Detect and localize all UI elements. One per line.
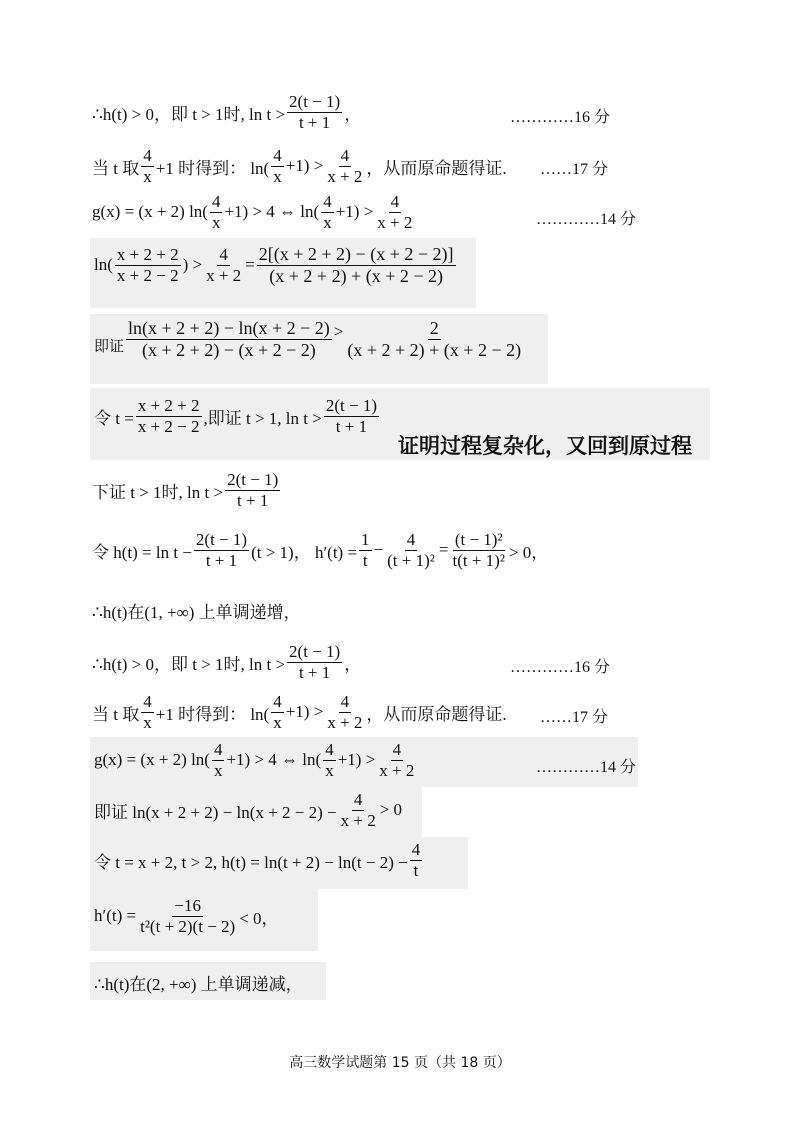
fraction: −16t²(t + 2)(t − 2): [138, 896, 237, 936]
proof-line-5: 即证 ln(x + 2 + 2) − ln(x + 2 − 2)(x + 2 +…: [94, 318, 525, 360]
fraction: 4(t + 1)²: [385, 530, 437, 570]
fraction: 2(x + 2 + 2) + (x + 2 − 2): [345, 318, 523, 360]
proof-line-3: g(x) = (x + 2) ln( 4x +1) > 4 ⇔ ln( 4x +…: [92, 192, 416, 232]
fraction: 4x: [212, 740, 225, 780]
fraction: 2(t − 1)t + 1: [324, 396, 379, 436]
proof-line-7: 下证 t > 1时, ln t > 2(t − 1)t + 1: [92, 470, 282, 510]
fraction: 4x: [141, 146, 154, 186]
proof-line-9: ∴h(t)在(1, +∞) 上单调递增，: [92, 598, 301, 623]
proof-line-4: ln( x + 2 + 2x + 2 − 2 ) > 4x + 2 = 2[(x…: [94, 244, 458, 286]
fraction: 4x: [323, 740, 336, 780]
fraction: 4t: [410, 840, 423, 880]
fraction: x + 2 + 2x + 2 − 2: [136, 396, 202, 436]
fraction: 4x + 2: [375, 192, 414, 232]
annotation-note: 证明过程复杂化，又回到原过程: [398, 430, 692, 460]
proof-line-15: h′(t) = −16t²(t + 2)(t − 2) < 0，: [94, 896, 279, 936]
score-marker: …………14 分: [536, 206, 636, 229]
score-marker: …………16 分: [510, 654, 610, 677]
score-marker: ……17 分: [540, 156, 608, 179]
page-footer: 高三数学试题第 15 页（共 18 页）: [0, 1052, 800, 1072]
proof-line-1: ∴h(t) > 0，即 t > 1时, ln t > 2(t − 1)t + 1…: [92, 92, 361, 132]
score-marker: ……17 分: [540, 704, 608, 727]
fraction: 4x: [141, 692, 154, 732]
fraction: 2(t − 1)t + 1: [194, 530, 249, 570]
fraction: 4x + 2: [204, 245, 243, 285]
fraction: 4x + 2: [339, 790, 378, 830]
score-marker: …………14 分: [536, 754, 636, 777]
fraction: 4x: [271, 146, 284, 186]
fraction: 4x: [271, 692, 284, 732]
fraction: 4x + 2: [377, 740, 416, 780]
fraction: 2(t − 1)t + 1: [287, 642, 342, 682]
score-marker: …………16 分: [510, 104, 610, 127]
fraction: 2[(x + 2 + 2) − (x + 2 − 2)](x + 2 + 2) …: [257, 244, 456, 286]
proof-line-10: ∴h(t) > 0，即 t > 1时, ln t > 2(t − 1)t + 1…: [92, 642, 361, 682]
proof-line-13: 即证 ln(x + 2 + 2) − ln(x + 2 − 2) − 4x + …: [94, 790, 402, 830]
proof-line-16: ∴h(t)在(2, +∞) 上单调递减，: [94, 970, 303, 995]
proof-line-8: 令 h(t) = ln t − 2(t − 1)t + 1 (t > 1)， h…: [92, 530, 548, 570]
fraction: 2(t − 1)t + 1: [287, 92, 342, 132]
fraction: 4x + 2: [325, 692, 364, 732]
proof-line-6: 令 t = x + 2 + 2x + 2 − 2 ,即证 t > 1, ln t…: [94, 396, 381, 436]
fraction: (t − 1)²t(t + 1)²: [450, 530, 506, 570]
proof-line-12: g(x) = (x + 2) ln( 4x +1) > 4 ⇔ ln( 4x +…: [94, 740, 418, 780]
fraction: 1t: [359, 530, 372, 570]
proof-line-11: 当 t 取 4x +1 时得到： ln( 4x +1) > 4x + 2 ，从而…: [92, 692, 507, 732]
proof-line-14: 令 t = x + 2, t > 2, h(t) = ln(t + 2) − l…: [94, 840, 424, 880]
proof-line-2: 当 t 取 4x +1 时得到： ln( 4x +1) > 4x + 2 ，从而…: [92, 146, 507, 186]
fraction: ln(x + 2 + 2) − ln(x + 2 − 2)(x + 2 + 2)…: [126, 318, 332, 360]
fraction: 4x: [321, 192, 334, 232]
fraction: 4x: [210, 192, 223, 232]
line-text: ∴h(t) > 0，即 t > 1时, ln t >: [92, 100, 285, 125]
fraction: x + 2 + 2x + 2 − 2: [115, 245, 181, 285]
fraction: 4x + 2: [325, 146, 364, 186]
fraction: 2(t − 1)t + 1: [225, 470, 280, 510]
